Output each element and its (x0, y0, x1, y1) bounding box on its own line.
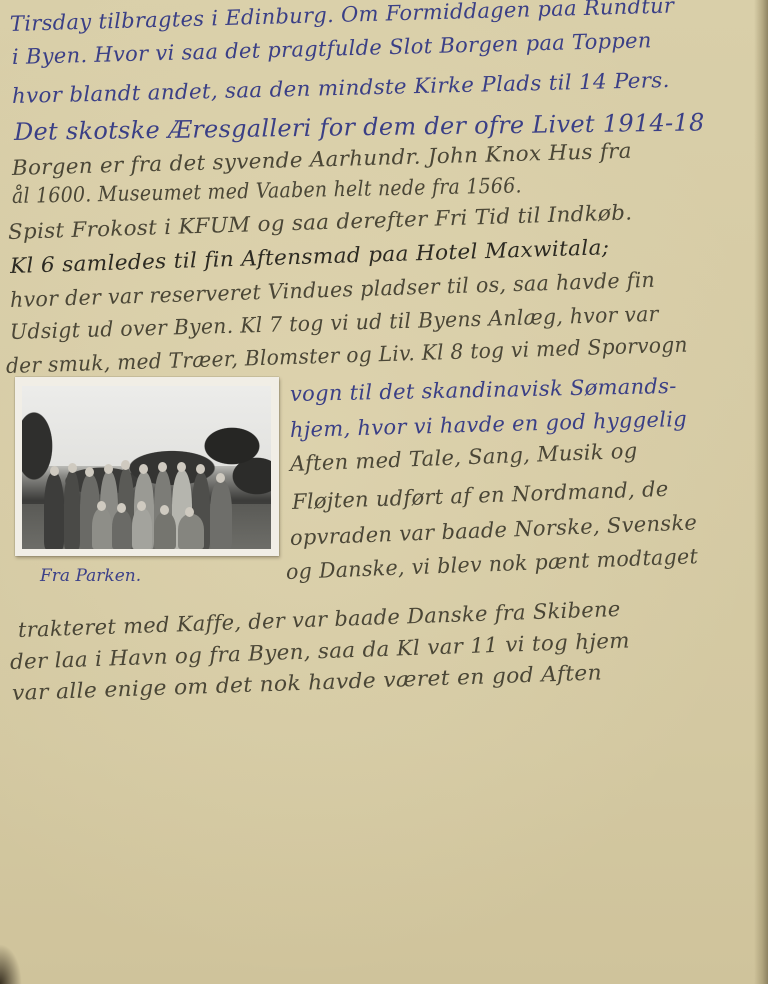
handwritten-line: Fløjten udført af en Nordmand, de (292, 479, 669, 513)
photo-caption: Fra Parken. (40, 566, 141, 586)
handwritten-line: og Danske, vi blev nok pænt modtaget (286, 546, 699, 583)
handwritten-line: hjem, hvor vi havde en god hyggelig (290, 409, 688, 441)
handwritten-line: hvor blandt andet, saa den mindste Kirke… (12, 70, 670, 107)
handwritten-line: vogn til det skandinavisk Sømands- (290, 376, 677, 405)
photo-people-group (44, 458, 249, 549)
handwritten-line: Borgen er fra det syvende Aarhundr. John… (12, 141, 632, 179)
handwritten-line: Aften med Tale, Sang, Musik og (290, 441, 638, 475)
album-spine-shadow (754, 0, 768, 984)
group-photo (15, 377, 279, 556)
handwritten-line: ål 1600. Museumet med Vaaben helt nede f… (12, 175, 522, 207)
handwritten-line: i Byen. Hvor vi saa det pragtfulde Slot … (12, 30, 652, 68)
photo-image (22, 386, 271, 549)
handwritten-line: opvraden var baade Norske, Svenske (290, 512, 698, 549)
diary-page: Tirsday tilbragtes i Edinburg. Om Formid… (0, 0, 768, 984)
page-corner-shadow (0, 944, 22, 984)
